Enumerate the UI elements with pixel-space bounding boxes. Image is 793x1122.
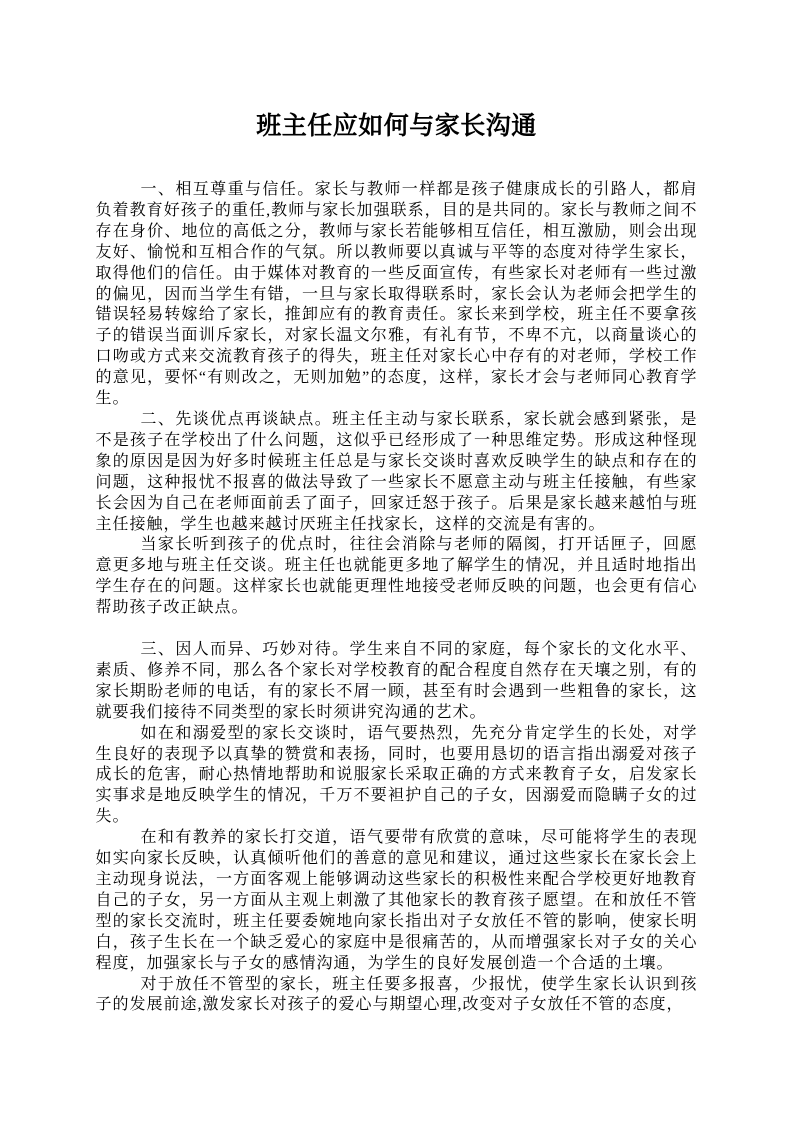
- paragraph-neglectful-parents: 对于放任不管型的家长，班主任要多报喜，少报忧，使学生家长认识到孩子的发展前途,激…: [96, 975, 698, 1017]
- paragraph-section-2-continued: 当家长听到孩子的优点时，往往会消除与老师的隔阂，打开话匣子，回愿意更多地与班主任…: [96, 535, 698, 619]
- paragraph-spoiling-parents: 如在和溺爱型的家长交谈时，语气要热烈，先充分肯定学生的长处，对学生良好的表现予以…: [96, 724, 698, 829]
- paragraph-section-2: 二、先谈优点再谈缺点。班主任主动与家长联系，家长就会感到紧张，是不是孩子在学校出…: [96, 410, 698, 535]
- paragraph-section-3: 三、因人而异、巧妙对待。学生来自不同的家庭，每个家长的文化水平、素质、修养不同，…: [96, 640, 698, 724]
- document-page: 班主任应如何与家长沟通 一、相互尊重与信任。家长与教师一样都是孩子健康成长的引路…: [0, 0, 793, 1122]
- paragraph-cultured-parents: 在和有教养的家长打交道，语气要带有欣赏的意味，尽可能将学生的表现如实向家长反映，…: [96, 828, 698, 974]
- document-title: 班主任应如何与家长沟通: [0, 0, 793, 142]
- document-body: 一、相互尊重与信任。家长与教师一样都是孩子健康成长的引路人，都肩负着教育好孩子的…: [96, 142, 698, 1016]
- paragraph-section-1: 一、相互尊重与信任。家长与教师一样都是孩子健康成长的引路人，都肩负着教育好孩子的…: [96, 180, 698, 410]
